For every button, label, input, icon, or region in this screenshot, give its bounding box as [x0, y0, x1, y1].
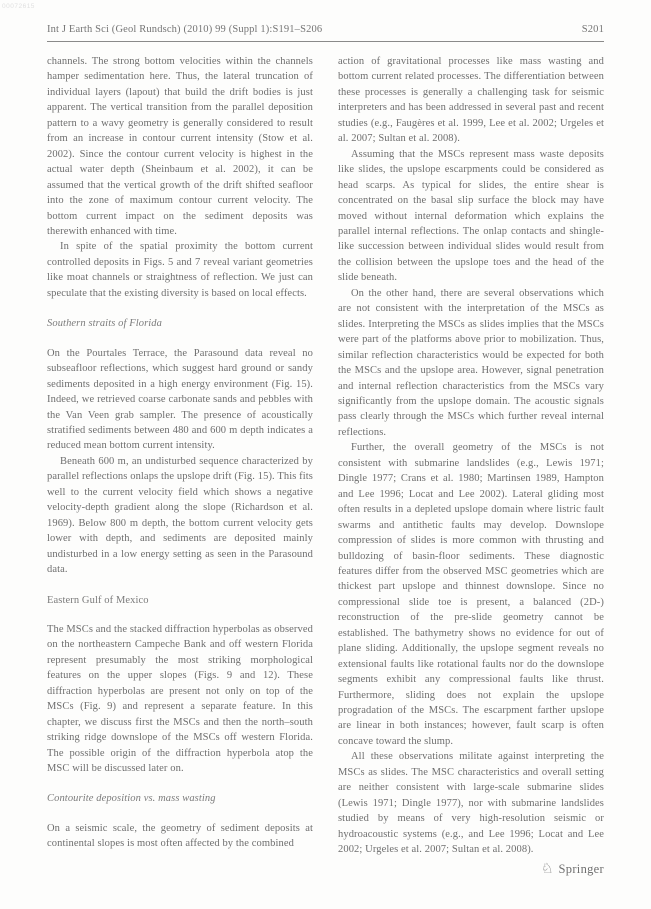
- paragraph: In spite of the spatial proximity the bo…: [47, 239, 313, 301]
- paragraph: On a seismic scale, the geometry of sedi…: [47, 821, 313, 852]
- left-column: channels. The strong bottom velocities w…: [47, 54, 313, 858]
- right-column: action of gravitational processes like m…: [338, 54, 604, 858]
- paragraph: On the other hand, there are several obs…: [338, 286, 604, 441]
- page-number: S201: [582, 24, 604, 35]
- section-heading-southern-straits: Southern straits of Florida: [47, 316, 313, 331]
- paragraph: action of gravitational processes like m…: [338, 54, 604, 147]
- header-rule: [47, 41, 604, 42]
- page-footer: ♘ Springer: [541, 862, 604, 877]
- section-heading-eastern-gulf: Eastern Gulf of Mexico: [47, 593, 313, 608]
- journal-citation: Int J Earth Sci (Geol Rundsch) (2010) 99…: [47, 24, 322, 35]
- paragraph: Assuming that the MSCs represent mass wa…: [338, 147, 604, 286]
- paragraph: The MSCs and the stacked diffraction hyp…: [47, 622, 313, 777]
- paragraph: All these observations militate against …: [338, 749, 604, 857]
- paragraph: Beneath 600 m, an undisturbed sequence c…: [47, 454, 313, 578]
- paragraph: On the Pourtales Terrace, the Parasound …: [47, 346, 313, 454]
- section-heading-contourite-vs-mass-wasting: Contourite deposition vs. mass wasting: [47, 791, 313, 806]
- publisher-name: Springer: [559, 862, 604, 877]
- scan-artifact-number: 00072615: [2, 3, 35, 10]
- journal-page: 00072615 Int J Earth Sci (Geol Rundsch) …: [0, 0, 651, 909]
- paragraph: channels. The strong bottom velocities w…: [47, 54, 313, 239]
- springer-horse-icon: ♘: [541, 863, 554, 877]
- page-header: Int J Earth Sci (Geol Rundsch) (2010) 99…: [47, 24, 604, 35]
- two-column-body: channels. The strong bottom velocities w…: [47, 54, 604, 858]
- paragraph: Further, the overall geometry of the MSC…: [338, 440, 604, 749]
